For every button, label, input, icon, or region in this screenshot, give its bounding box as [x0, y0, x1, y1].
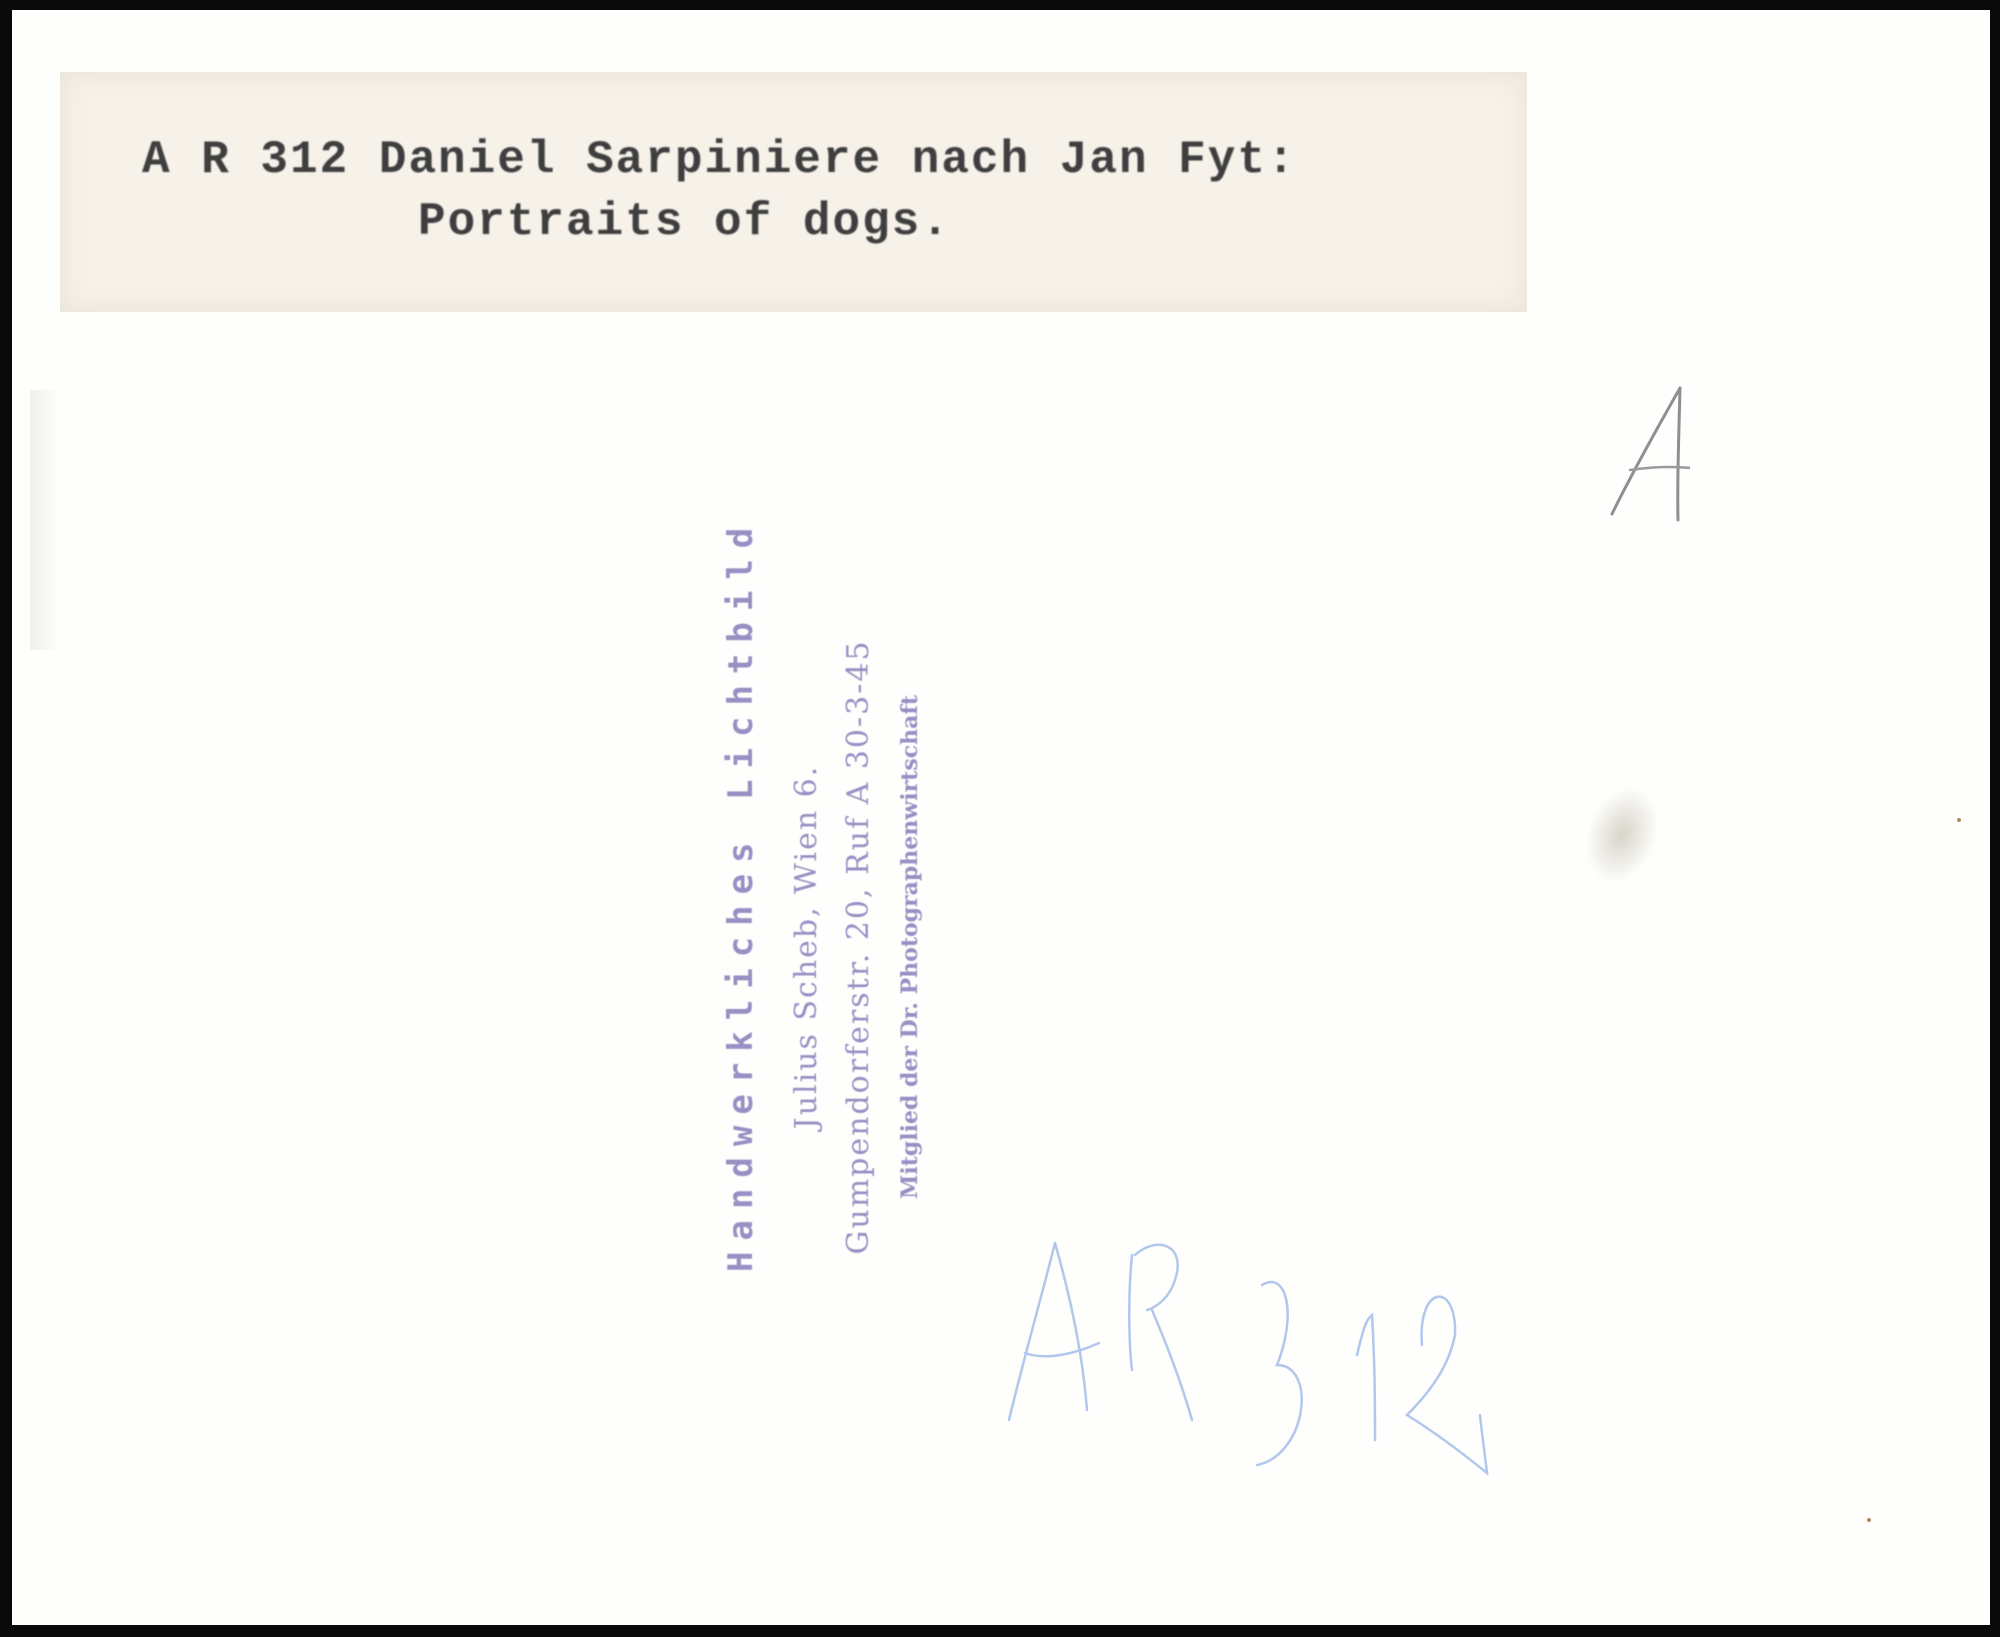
paper-speck — [1867, 1518, 1871, 1522]
blue-pencil-ar312-mark — [987, 1225, 1667, 1485]
photo-verso-paper: A R 312 Daniel Sarpiniere nach Jan Fyt: … — [12, 10, 1990, 1625]
pencil-smudge — [1572, 776, 1672, 894]
stamp-line-4: Mitglied der Dr. Photographenwirtschaft — [897, 622, 923, 1272]
pencil-letter-a-mark — [1600, 382, 1690, 522]
typed-label-strip: A R 312 Daniel Sarpiniere nach Jan Fyt: … — [60, 72, 1527, 312]
stamp-line-2: Julius Scheb, Wien 6. — [789, 622, 824, 1272]
photographer-stamp: Handwerkliches Lichtbild Julius Scheb, W… — [717, 622, 967, 1272]
paper-speck — [1957, 818, 1961, 822]
label-title-line: A R 312 Daniel Sarpiniere nach Jan Fyt: — [142, 134, 1297, 186]
label-subtitle-line: Portraits of dogs. — [418, 196, 951, 248]
stamp-line-3: Gumpendorferstr. 20, Ruf A 30-3-45 — [841, 622, 876, 1272]
stamp-line-1: Handwerkliches Lichtbild — [721, 622, 761, 1272]
